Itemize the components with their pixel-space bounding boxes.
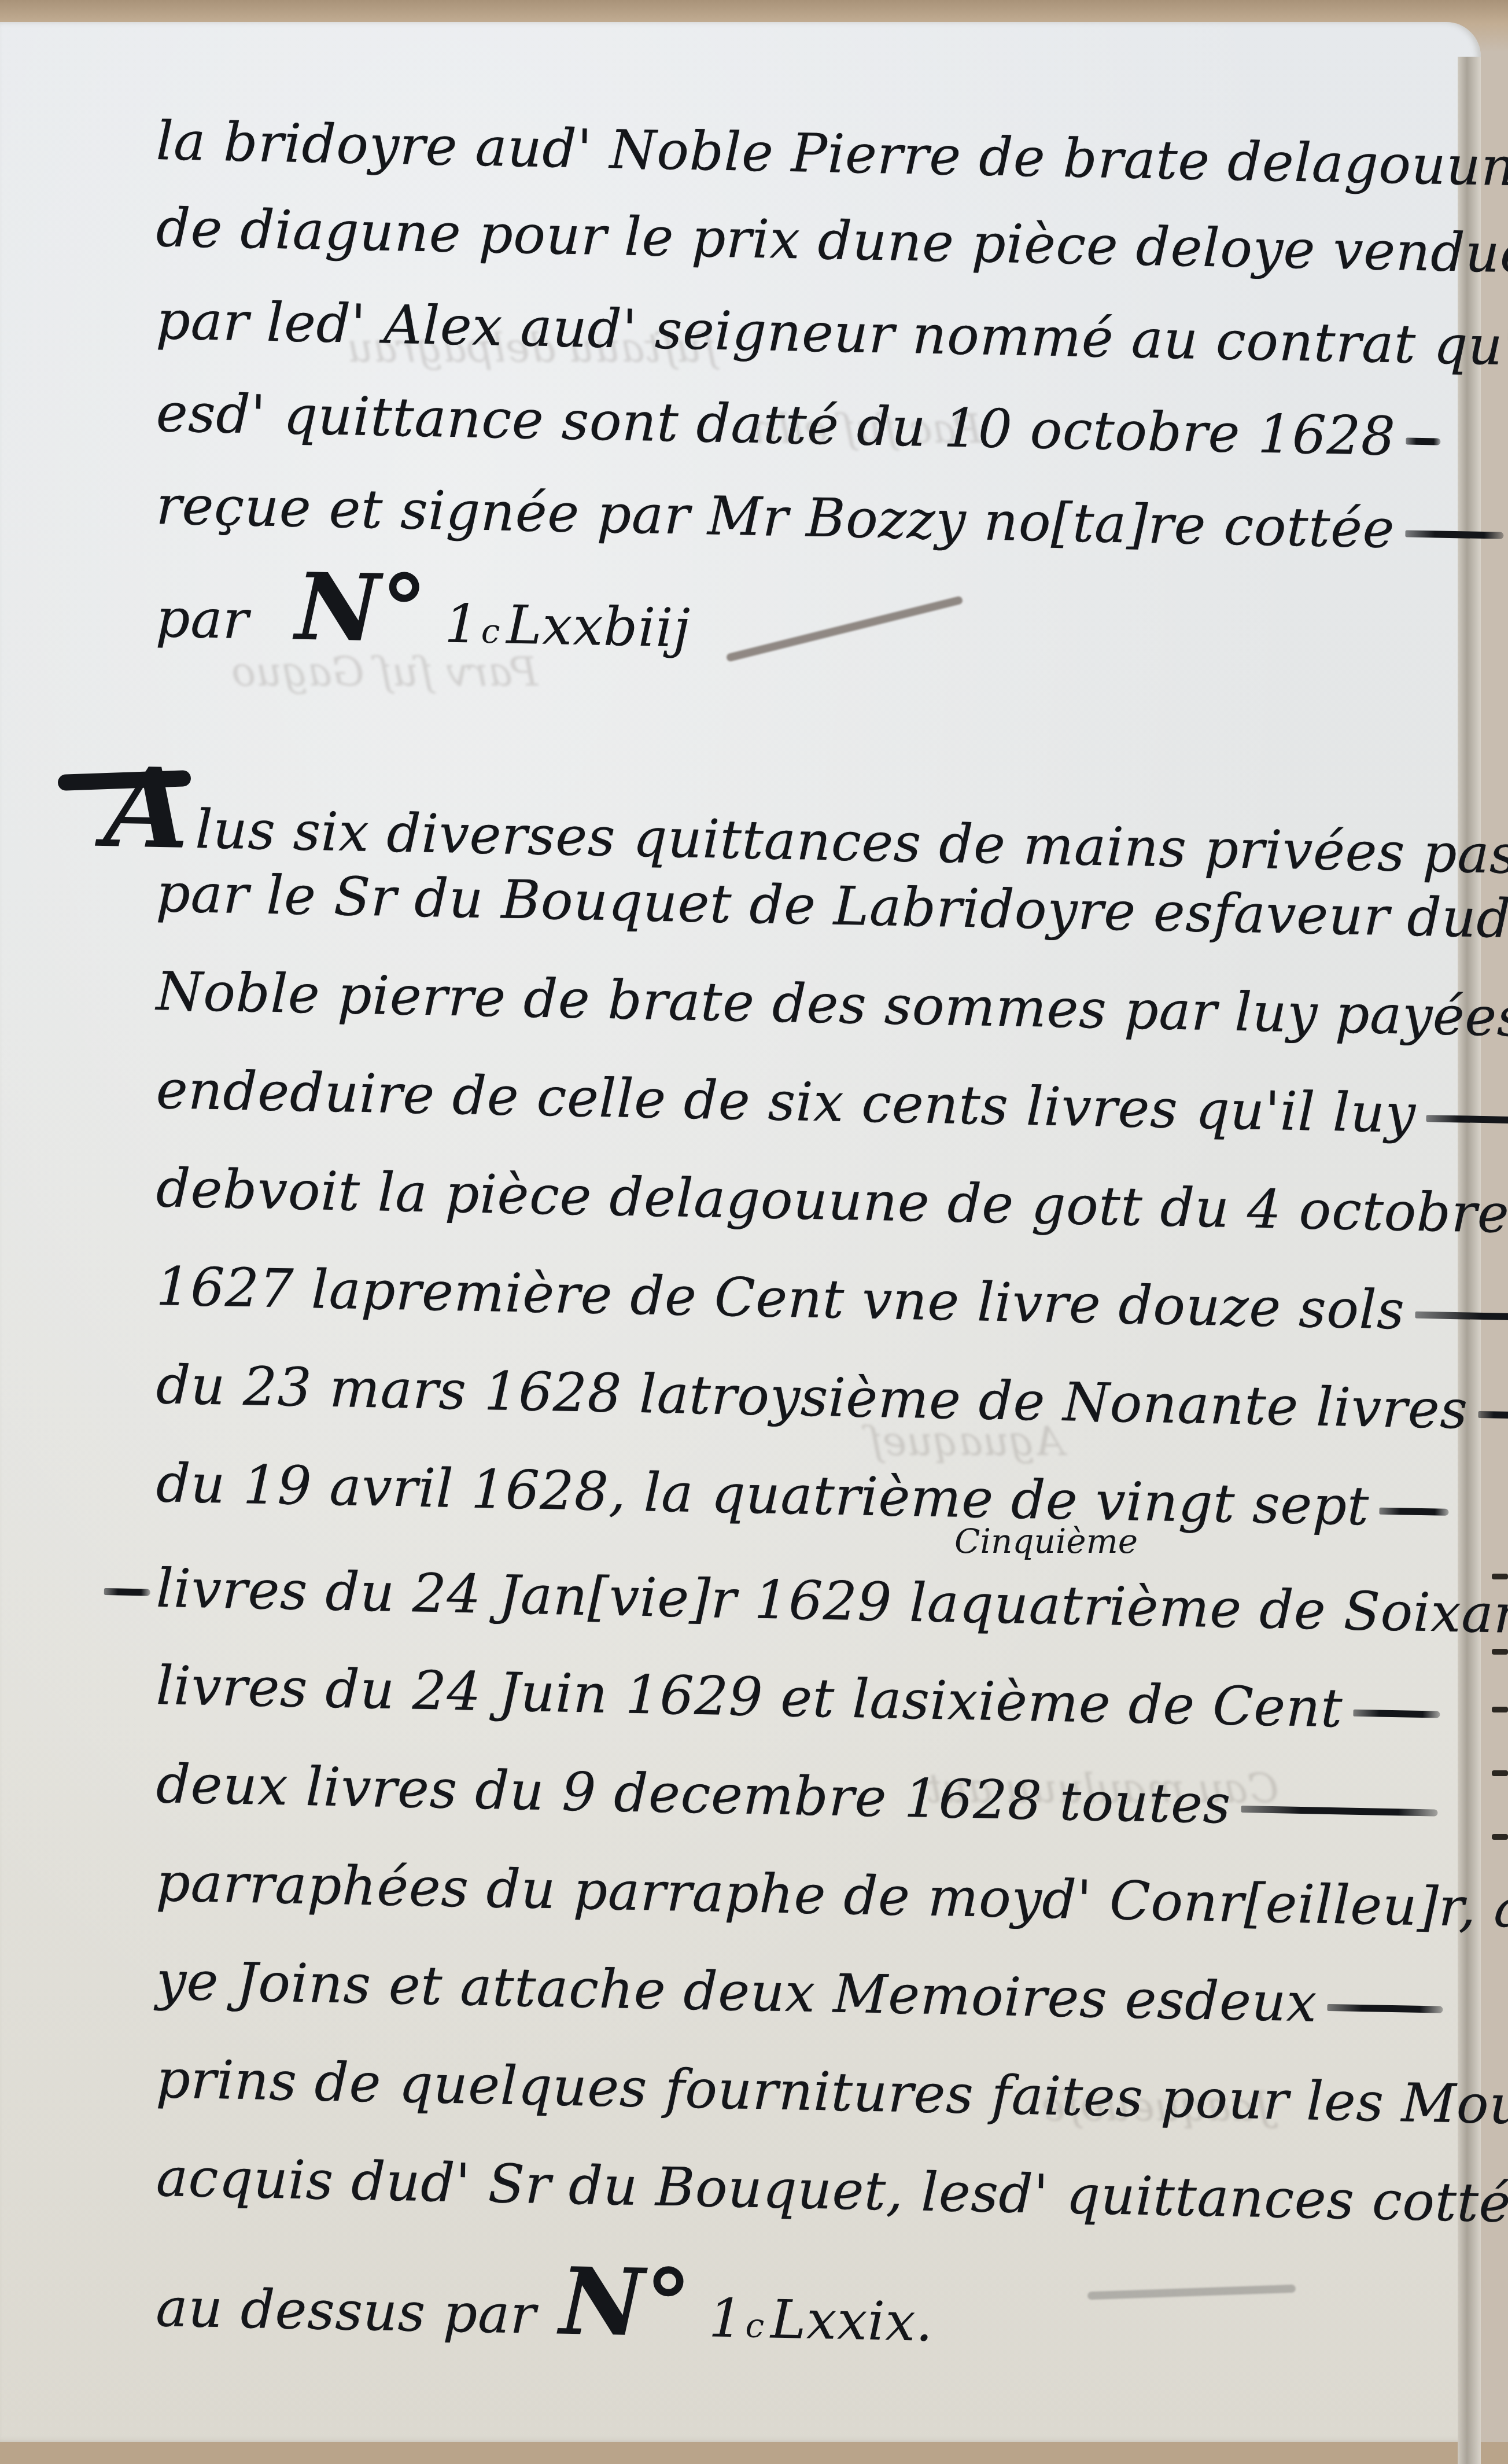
entry-2-line-14: prins de quelques fournitures faites pou…: [156, 2048, 1508, 2138]
entry-1-line-5: reçue et signée par Mr Bozzy no[ta]re co…: [156, 474, 1504, 562]
entry-1-line-1: la bridoyre aud' Noble Pierre de brate d…: [156, 110, 1508, 201]
reference-number-sign: N°: [559, 2264, 692, 2340]
line-filler: [1241, 1806, 1438, 1817]
line-filler: [1406, 437, 1440, 445]
entry-2-line-6: 1627 lapremière de Cent vne livre douze …: [156, 1255, 1508, 1346]
entry-2-line-3: Noble pierre de brate des sommes par luy…: [156, 960, 1508, 1050]
entry-2-line-12: parraphées du parraphe de moyd' Conr[eil…: [156, 1851, 1508, 1944]
entry-1-reference-line: par N° 1 c Lxxbiij: [156, 567, 692, 660]
interlinear-correction: Cinquième: [954, 1522, 1138, 1561]
line-filler: [1380, 1508, 1449, 1516]
line-filler: [1426, 1115, 1508, 1124]
line-filler: [1405, 530, 1503, 539]
entry-2-line-5: debvoit la pièce delagouune de gott du 4…: [156, 1157, 1508, 1247]
entry-2-line-7: du 23 mars 1628 latroysième de Nonante l…: [156, 1354, 1508, 1442]
entry-2-line-9: livres du 24 Jan[vie]r 1629 laquatrième …: [104, 1556, 1508, 1648]
entry-2-line-11: deux livres du 9 decembre 1628 toutes: [156, 1753, 1439, 1840]
reference-number-sign: N°: [295, 570, 429, 646]
line-filler: [1353, 1710, 1440, 1718]
line-filler: [1415, 1312, 1508, 1323]
reference-roman-numeral: Lxxbiij: [506, 594, 691, 660]
entry-1-line-2: de diagune pour le prix dune pièce deloy…: [156, 197, 1508, 286]
decorated-initial: A: [104, 764, 191, 853]
line-filler: [104, 1588, 150, 1596]
entry-2-line-4: endeduire de celle de six cents livres q…: [156, 1059, 1508, 1147]
manuscript-text: la bridoyre aud' Noble Pierre de brate d…: [0, 0, 1508, 2442]
entry-2-line-13: ye Joins et attache deux Memoires esdeux: [156, 1950, 1444, 2036]
entry-2-line-8: du 19 avril 1628, la quatrième de vingt …: [156, 1452, 1450, 1539]
entry-1-line-3: par led' Alex aud' seigneur nommé au con…: [156, 289, 1508, 381]
entry-2-line-15: acquis dud' Sr du Bouquet, lesd' quittan…: [156, 2146, 1508, 2237]
entry-1-line-4: esd' quittance sont datté du 10 octobre …: [156, 382, 1441, 469]
line-filler: [1328, 2004, 1443, 2013]
reference-roman-numeral: Lxxix.: [770, 2288, 934, 2353]
entry-2-reference-line: au dessus par N° 1 c Lxxix.: [156, 2256, 935, 2353]
line-filler: [1478, 1411, 1508, 1419]
entry-2-line-10: livres du 24 Juin 1629 et lasixième de C…: [156, 1655, 1440, 1741]
